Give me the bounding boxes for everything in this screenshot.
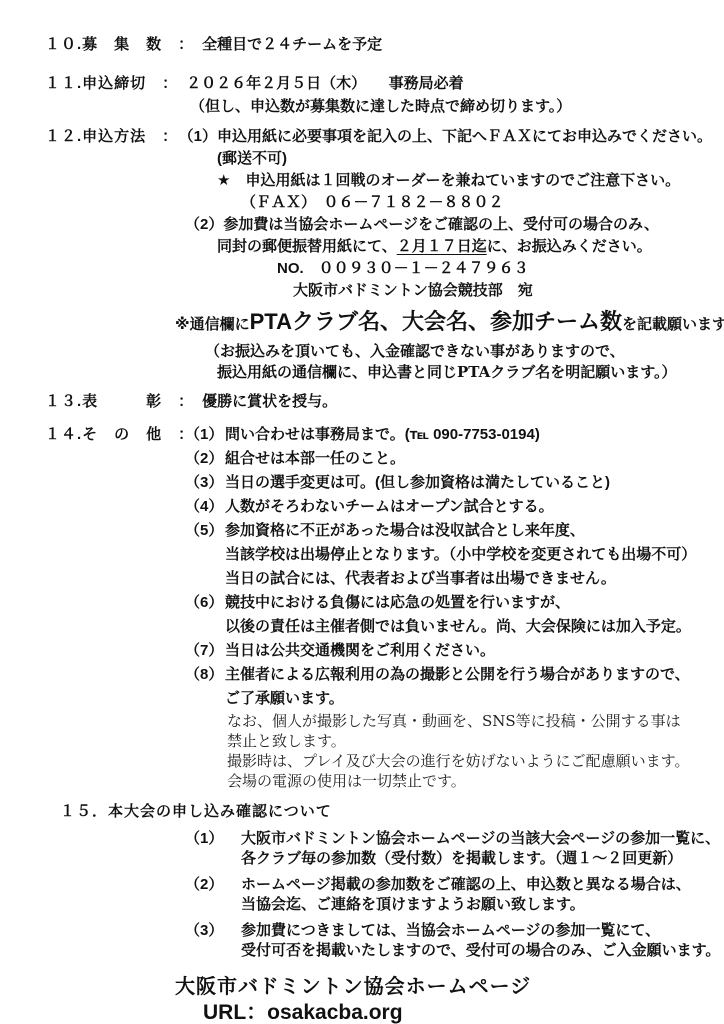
item-14-row-8: （6）競技中における負傷には応急の処置を行いますが、 — [45, 591, 716, 615]
item-14-row-7: 当日の試合には、代表者および当事者は出場できません。 — [45, 567, 716, 591]
item-15-sub-3: （3）参加費につきましては、当協会ホームページの参加一覧にて、 受付可否を掲載い… — [45, 921, 716, 961]
item-14-row-9: 以後の責任は主催者側では負いません。尚、大会保険には加入予定。 — [45, 615, 716, 639]
item-14-row-10: （7）当日は公共交通機関をご利用ください。 — [45, 639, 716, 663]
footer: 大阪市バドミントン協会ホームページ URL：osakacba.org — [45, 975, 716, 1024]
sub-label: （6） — [185, 591, 225, 615]
item-12-mail-note: (郵送不可) — [217, 148, 716, 170]
sub-text: 当該学校は出場停止となります。（小中学校を変更されても出場不可） — [225, 543, 696, 567]
item-12-fax-number: （ＦＡＸ） ０６－７１８２－８８０２ — [241, 192, 716, 214]
sub-text: 参加資格に不正があった場合は没収試合とし来年度、 — [225, 519, 585, 543]
item-12-section: １２.申込方法 ：（1）申込用紙に必要事項を記入の上、下記へＦＡＸにてお申込みで… — [45, 126, 716, 383]
sub-text-continued: 各クラブ毎の参加数（受付数）を掲載します。（週１～２回更新） — [241, 849, 716, 869]
sns-note-line-4: 会場の電源の使用は一切禁止です。 — [227, 771, 716, 791]
item-11-line: １１.申込締切 ：２０２６年２月５日（木） 事務局必着 — [45, 72, 716, 95]
item-14-row-2: （2）組合せは本部一任のこと。 — [45, 447, 716, 471]
sub-text: 組合せは本部一任のこと。 — [225, 447, 405, 471]
sns-note-line-3: 撮影時は、プレイ及び大会の進行を妨げないようにご配慮願います。 — [227, 751, 716, 771]
item-14-section: １４.そ の 他 ：（1）問い合わせは事務局まで。(℡ 090-7753-019… — [45, 423, 716, 791]
item-12-sub2-label: （2） — [185, 216, 223, 233]
sub-text: 競技中における負傷には応急の処置を行いますが、 — [225, 591, 570, 615]
item-14-row-5: （5）参加資格に不正があった場合は没収試合とし来年度、 — [45, 519, 716, 543]
item-12-sub2-text: 参加費は当協会ホームページをご確認の上、受付可の場合のみ、 — [223, 216, 659, 233]
sub-label — [185, 543, 225, 567]
sub-label: （1） — [185, 423, 225, 447]
association-homepage-title: 大阪市バドミントン協会ホームページ — [175, 975, 716, 999]
sub-text: ご了承願います。 — [225, 687, 344, 711]
document-page: １０.募 集 数 ：全種目で２４チームを予定 １１.申込締切 ：２０２６年２月５… — [0, 0, 724, 1024]
sns-note-line-2: 禁止と致します。 — [227, 731, 716, 751]
item-13-line: １３.表 彰 ：優勝に賞状を授与。 — [45, 391, 716, 413]
item-12-star-note: ★ 申込用紙は１回戦のオーダーを兼ねていますのでご注意下さい。 — [217, 170, 716, 192]
notice-emphasis: PTAクラブ名、大会名、参加チーム数 — [250, 309, 622, 334]
item-10-value: 全種目で２４チームを予定 — [202, 36, 382, 53]
item-12-sub2-line: （2）参加費は当協会ホームページをご確認の上、受付可の場合のみ、 — [185, 214, 716, 236]
item-12-payment-deadline-line: 同封の郵便振替用紙にて、２月１７日迄に、お振込みください。 — [217, 236, 716, 258]
notice-pre: ※通信欄に — [175, 316, 250, 333]
item-12-sub1-text: 申込用紙に必要事項を記入の上、下記へＦＡＸにてお申込みでください。 — [217, 128, 712, 145]
sub-text: 当日の試合には、代表者および当事者は出場できません。 — [225, 567, 616, 591]
sns-note-line-1: なお、個人が撮影した写真・動画を、SNS等に投稿・公開する事は — [227, 711, 716, 731]
item-11-note: （但し、申込数が募集数に達した時点で締め切ります。） — [190, 95, 716, 118]
sub-text: 当日は公共交通機関をご利用ください。 — [225, 639, 495, 663]
item-14-row-4: （4）人数がそろわないチームはオープン試合とする。 — [45, 495, 716, 519]
deadline-post: に、お振込みください。 — [487, 238, 652, 255]
sub-label: （3） — [185, 921, 241, 941]
item-11-head: １１.申込締切 ： — [45, 75, 178, 92]
sub-label: （3） — [185, 471, 225, 495]
item-13-value: 優勝に賞状を授与。 — [202, 393, 337, 410]
sub-text: 当日の選手変更は可。(但し参加資格は満たしていること) — [225, 471, 610, 495]
remittance-notice-line: ※通信欄にPTAクラブ名、大会名、参加チーム数を記載願います。 — [175, 308, 716, 339]
sub-text-continued: 当協会迄、ご連絡を頂けますようお願い致します。 — [241, 895, 716, 915]
sub-text: 以後の責任は主催者側では負いません。尚、大会保険には加入予定。 — [225, 615, 691, 639]
sub-text: 主催者による広報利用の為の撮影と公開を行う場合がありますので、 — [225, 663, 690, 687]
sub-label: （4） — [185, 495, 225, 519]
item-14-row-1: １４.そ の 他 ：（1）問い合わせは事務局まで。(℡ 090-7753-019… — [45, 423, 716, 447]
item-12-line: １２.申込方法 ：（1）申込用紙に必要事項を記入の上、下記へＦＡＸにてお申込みで… — [45, 126, 716, 148]
sub-label: （8） — [185, 663, 225, 687]
sub-label — [185, 615, 225, 639]
notice-post: を記載願います。 — [622, 316, 724, 333]
item-10-head: １０.募 集 数 ： — [45, 36, 194, 53]
deadline-pre: 同封の郵便振替用紙にて、 — [217, 238, 397, 255]
item-12-sub1-label: （1） — [186, 128, 217, 145]
sub-label: （2） — [185, 447, 225, 471]
item-10-line: １０.募 集 数 ：全種目で２４チームを予定 — [45, 34, 716, 56]
item-13-head: １３.表 彰 ： — [45, 393, 194, 410]
sub-text: 大阪市バドミントン協会ホームページの当該大会ページの参加一覧に、 — [241, 830, 720, 847]
item-15-heading: １５．本大会の申し込み確認について — [60, 801, 716, 823]
postal-payee: 大阪市バドミントン協会競技部 宛 — [293, 280, 716, 302]
sub-label: （2） — [185, 875, 241, 895]
sub-text: 人数がそろわないチームはオープン試合とする。 — [225, 495, 554, 519]
postal-account-number: NO. ００９３０－１－２４７９６３ — [277, 258, 716, 280]
sub-text: ホームページ掲載の参加数をご確認の上、申込数と異なる場合は、 — [241, 876, 691, 893]
notice-paren-line-1: （お振込みを頂いても、入金確認できない事がありますので、 — [205, 341, 716, 362]
item-12-head: １２.申込方法 ： — [45, 128, 178, 145]
sub-text-continued: 受付可否を掲載いたしますので、受付可の場合のみ、ご入金願います。 — [241, 941, 716, 961]
item-14-row-11: （8）主催者による広報利用の為の撮影と公開を行う場合がありますので、 — [45, 663, 716, 687]
item-15-sub-2: （2）ホームページ掲載の参加数をご確認の上、申込数と異なる場合は、 当協会迄、ご… — [45, 875, 716, 915]
notice-paren-line-2: 振込用紙の通信欄に、申込書と同じPTAクラブ名を明記願います。） — [217, 362, 716, 383]
item-14-row-3: （3）当日の選手変更は可。(但し参加資格は満たしていること) — [45, 471, 716, 495]
sub-label: （1） — [185, 829, 241, 849]
item-14-row-6: 当該学校は出場停止となります。（小中学校を変更されても出場不可） — [45, 543, 716, 567]
sub-label — [185, 687, 225, 711]
sub-text: 問い合わせは事務局まで。(℡ 090-7753-0194) — [225, 423, 540, 447]
item-15-section: （1）大阪市バドミントン協会ホームページの当該大会ページの参加一覧に、 各クラブ… — [45, 829, 716, 961]
sub-label — [185, 567, 225, 591]
item-14-head: １４.そ の 他 ： — [45, 423, 185, 447]
sub-text: 参加費につきましては、当協会ホームページの参加一覧にて、 — [241, 922, 660, 939]
item-14-row-12: ご了承願います。 — [45, 687, 716, 711]
association-homepage-url: URL：osakacba.org — [203, 999, 716, 1024]
sub-label: （7） — [185, 639, 225, 663]
item-11-value: ２０２６年２月５日（木） 事務局必着 — [186, 75, 464, 92]
item-15-sub-1: （1）大阪市バドミントン協会ホームページの当該大会ページの参加一覧に、 各クラブ… — [45, 829, 716, 869]
sub-label: （5） — [185, 519, 225, 543]
deadline-date-underlined: ２月１７日迄 — [397, 238, 487, 255]
